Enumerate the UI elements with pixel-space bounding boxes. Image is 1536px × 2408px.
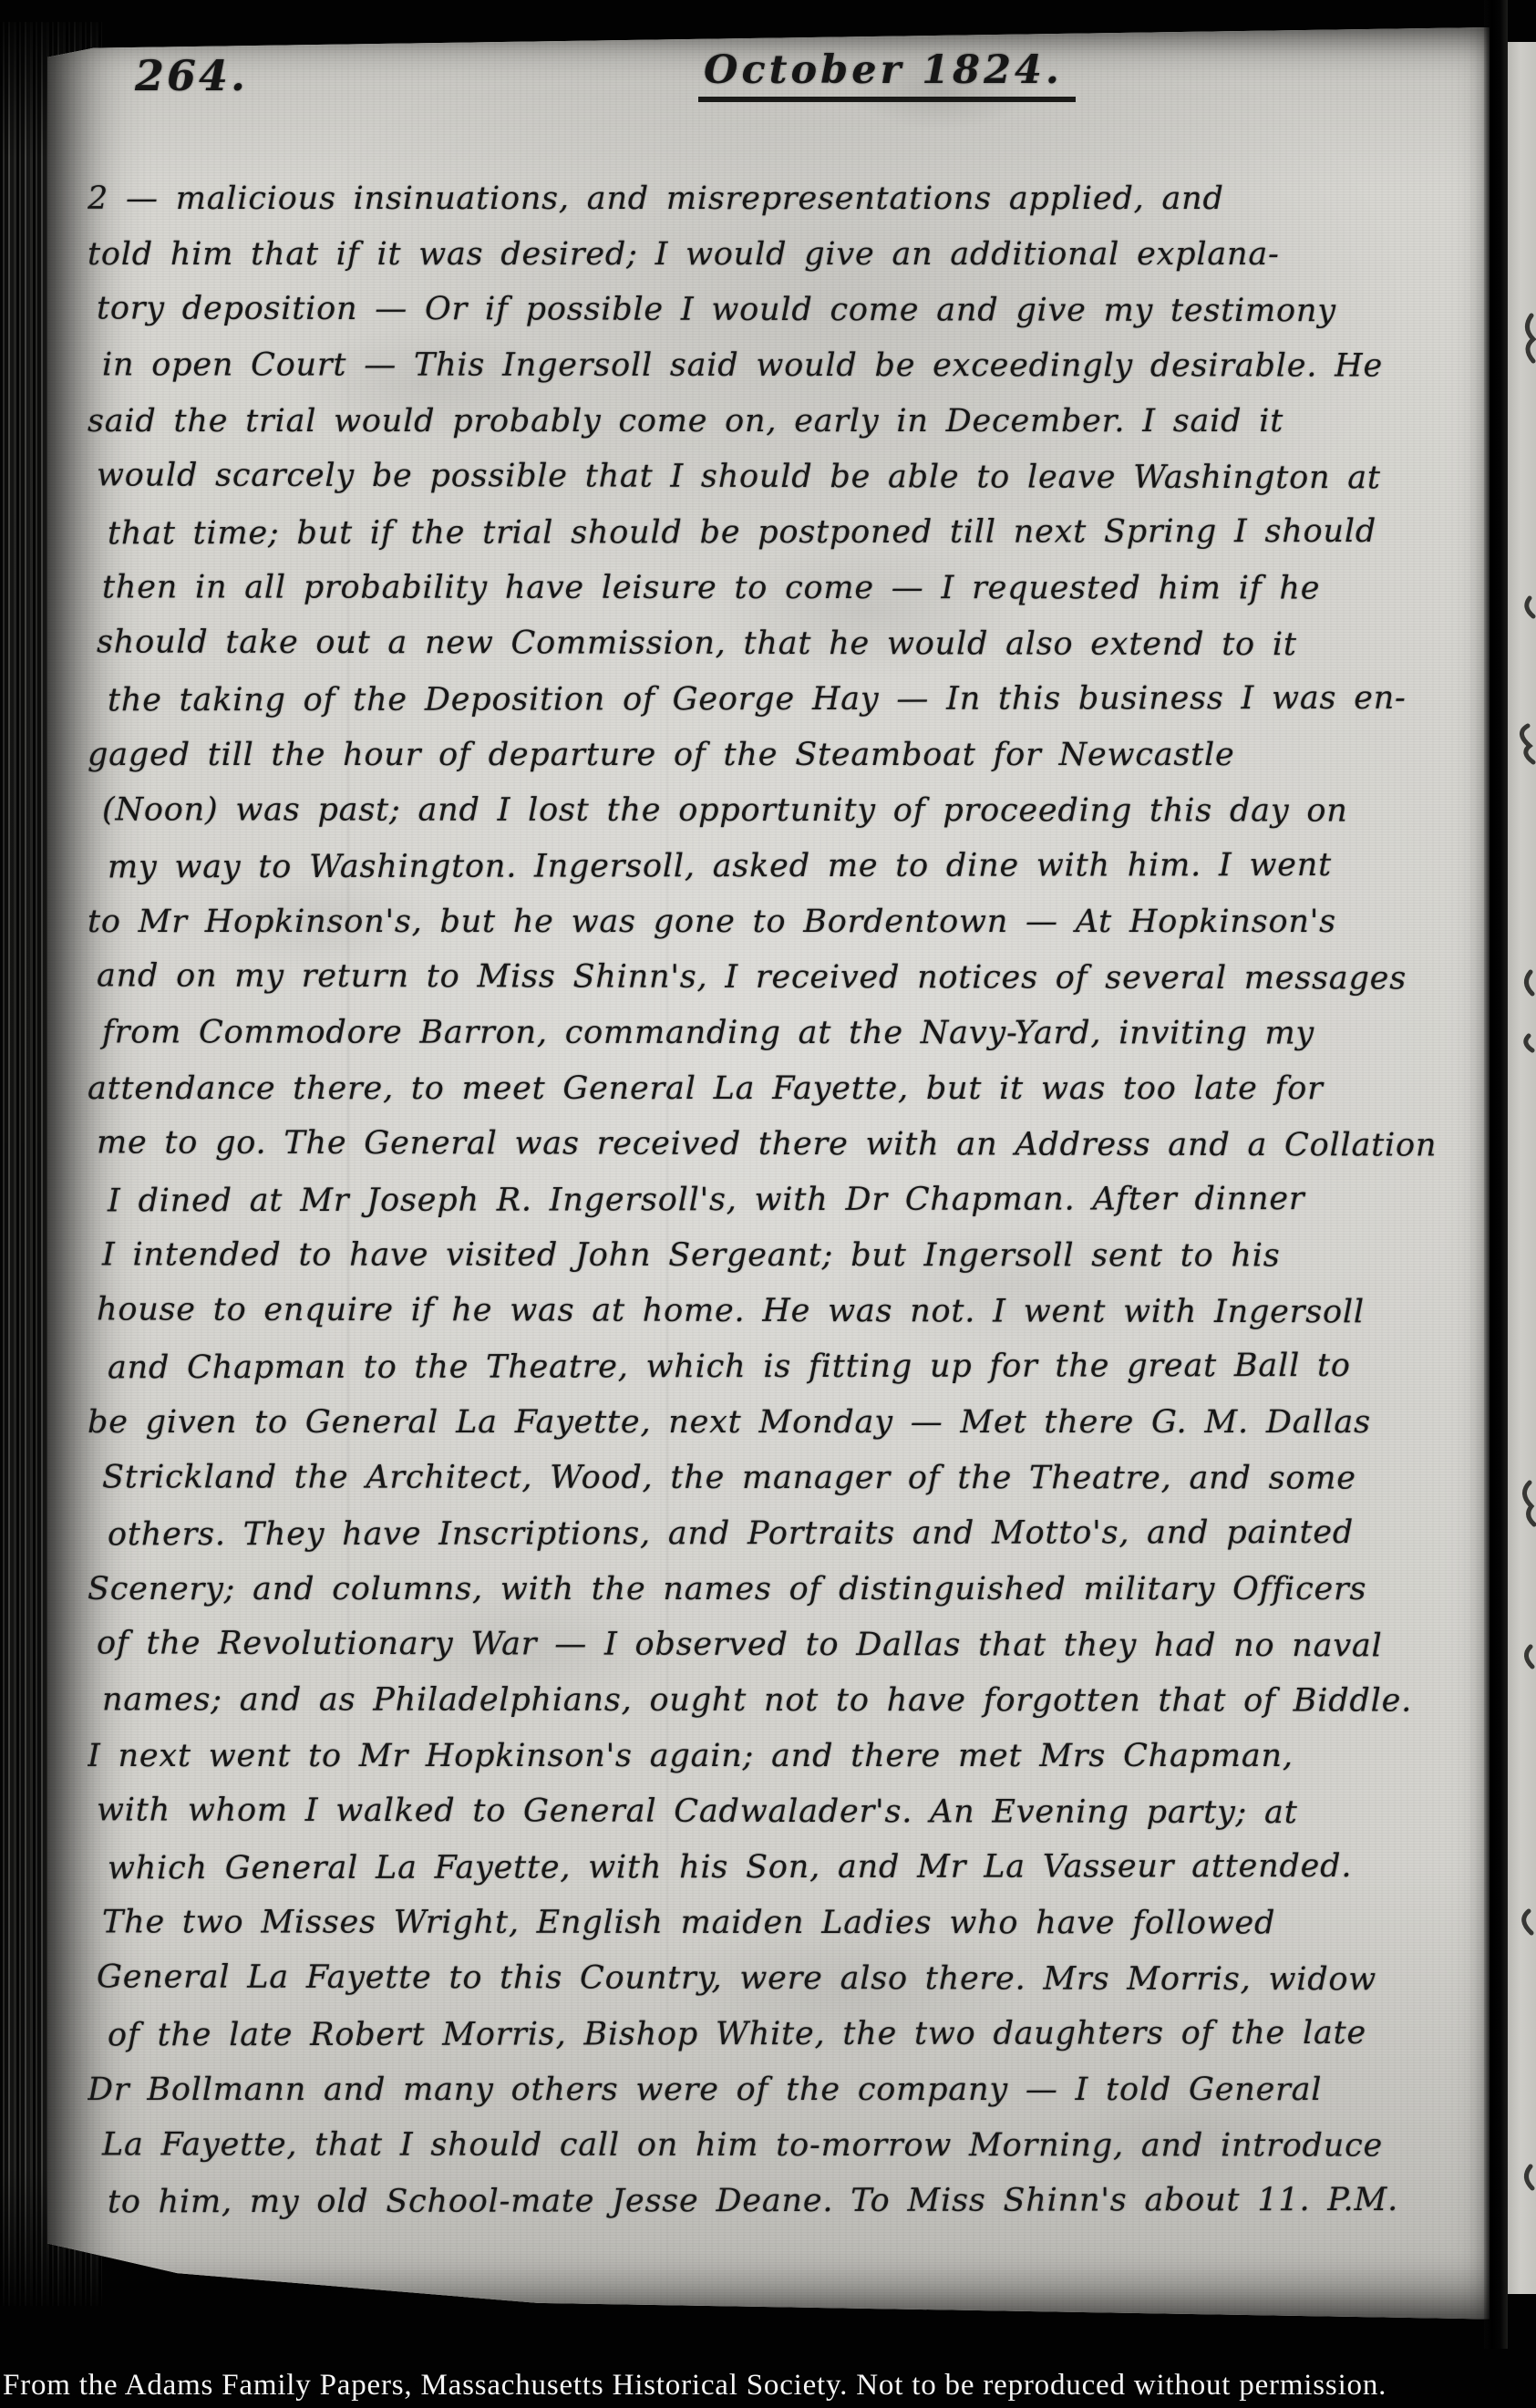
manuscript-line: (Noon) was past; and I lost the opportun… bbox=[102, 782, 1480, 839]
manuscript-line: be given to General La Fayette, next Mon… bbox=[88, 1395, 1480, 1451]
manuscript-line: which General La Fayette, with his Son, … bbox=[108, 1839, 1480, 1897]
manuscript-line: Scenery; and columns, with the names of … bbox=[88, 1562, 1480, 1617]
manuscript-line: should take out a new Commission, that h… bbox=[97, 615, 1480, 673]
manuscript-line: from Commodore Barron, commanding at the… bbox=[102, 1005, 1480, 1061]
manuscript-line: house to enquire if he was at home. He w… bbox=[97, 1282, 1480, 1340]
manuscript-line: said the trial would probably come on, e… bbox=[88, 394, 1480, 450]
diary-page: 264. October 1824. 2 — malicious insinua… bbox=[47, 27, 1490, 2321]
caption-bar: From the Adams Family Papers, Massachuse… bbox=[0, 2359, 1536, 2408]
manuscript-line: of the Revolutionary War — I observed to… bbox=[97, 1616, 1480, 1674]
manuscript-line: The two Misses Wright, English maiden La… bbox=[102, 1895, 1480, 1951]
manuscript-line: attendance there, to meet General La Fay… bbox=[88, 1061, 1480, 1117]
manuscript-line: 2 — malicious insinuations, and misrepre… bbox=[88, 171, 1480, 227]
manuscript-line: of the late Robert Morris, Bishop White,… bbox=[108, 2006, 1480, 2064]
manuscript-line: I dined at Mr Joseph R. Ingersoll's, wit… bbox=[108, 1172, 1480, 1230]
facing-page-ink-marks bbox=[1508, 42, 1536, 2294]
archive-caption: From the Adams Family Papers, Massachuse… bbox=[3, 2369, 1387, 2403]
manuscript-line: I next went to Mr Hopkinson's again; and… bbox=[88, 1729, 1480, 1784]
manuscript-line: to him, my old School-mate Jesse Deane. … bbox=[108, 2173, 1480, 2231]
month-year-heading: October 1824. bbox=[698, 47, 1076, 102]
manuscript-line: General La Fayette to this Country, were… bbox=[97, 1949, 1480, 2008]
manuscript-line: in open Court — This Ingersoll said woul… bbox=[102, 337, 1480, 394]
manuscript-line: then in all probability have leisure to … bbox=[102, 560, 1480, 616]
manuscript-line: others. They have Inscriptions, and Port… bbox=[108, 1505, 1480, 1564]
manuscript-line: would scarcely be possible that I should… bbox=[97, 448, 1480, 506]
manuscript-line: me to go. The General was received there… bbox=[97, 1115, 1480, 1173]
manuscript-line: names; and as Philadelphians, ought not … bbox=[102, 1672, 1480, 1729]
facing-page-edge bbox=[1508, 42, 1536, 2294]
manuscript-line: gaged till the hour of departure of the … bbox=[88, 728, 1480, 783]
page-gutter-shadow bbox=[1484, 0, 1508, 2349]
manuscript-line: that time; but if the trial should be po… bbox=[108, 504, 1480, 563]
manuscript-line: with whom I walked to General Cadwalader… bbox=[97, 1783, 1480, 1841]
manuscript-line: tory deposition — Or if possible I would… bbox=[97, 281, 1480, 339]
manuscript-line: to Mr Hopkinson's, but he was gone to Bo… bbox=[88, 894, 1480, 950]
page-number: 264. bbox=[135, 51, 248, 100]
manuscript-line: I intended to have visited John Sergeant… bbox=[102, 1227, 1480, 1284]
manuscript-line: and Chapman to the Theatre, which is fit… bbox=[108, 1338, 1480, 1397]
manuscript-line: told him that if it was desired; I would… bbox=[88, 227, 1480, 283]
diary-scan-root: 264. October 1824. 2 — malicious insinua… bbox=[0, 0, 1536, 2408]
manuscript-body: 2 — malicious insinuations, and misrepre… bbox=[88, 171, 1480, 2268]
manuscript-line: Dr Bollmann and many others were of the … bbox=[88, 2062, 1480, 2118]
manuscript-line: and on my return to Miss Shinn's, I rece… bbox=[97, 948, 1480, 1007]
manuscript-line: Strickland the Architect, Wood, the mana… bbox=[102, 1450, 1480, 1506]
manuscript-line: La Fayette, that I should call on him to… bbox=[102, 2117, 1480, 2174]
manuscript-line: my way to Washington. Ingersoll, asked m… bbox=[108, 838, 1480, 896]
manuscript-line: the taking of the Deposition of George H… bbox=[108, 671, 1480, 729]
